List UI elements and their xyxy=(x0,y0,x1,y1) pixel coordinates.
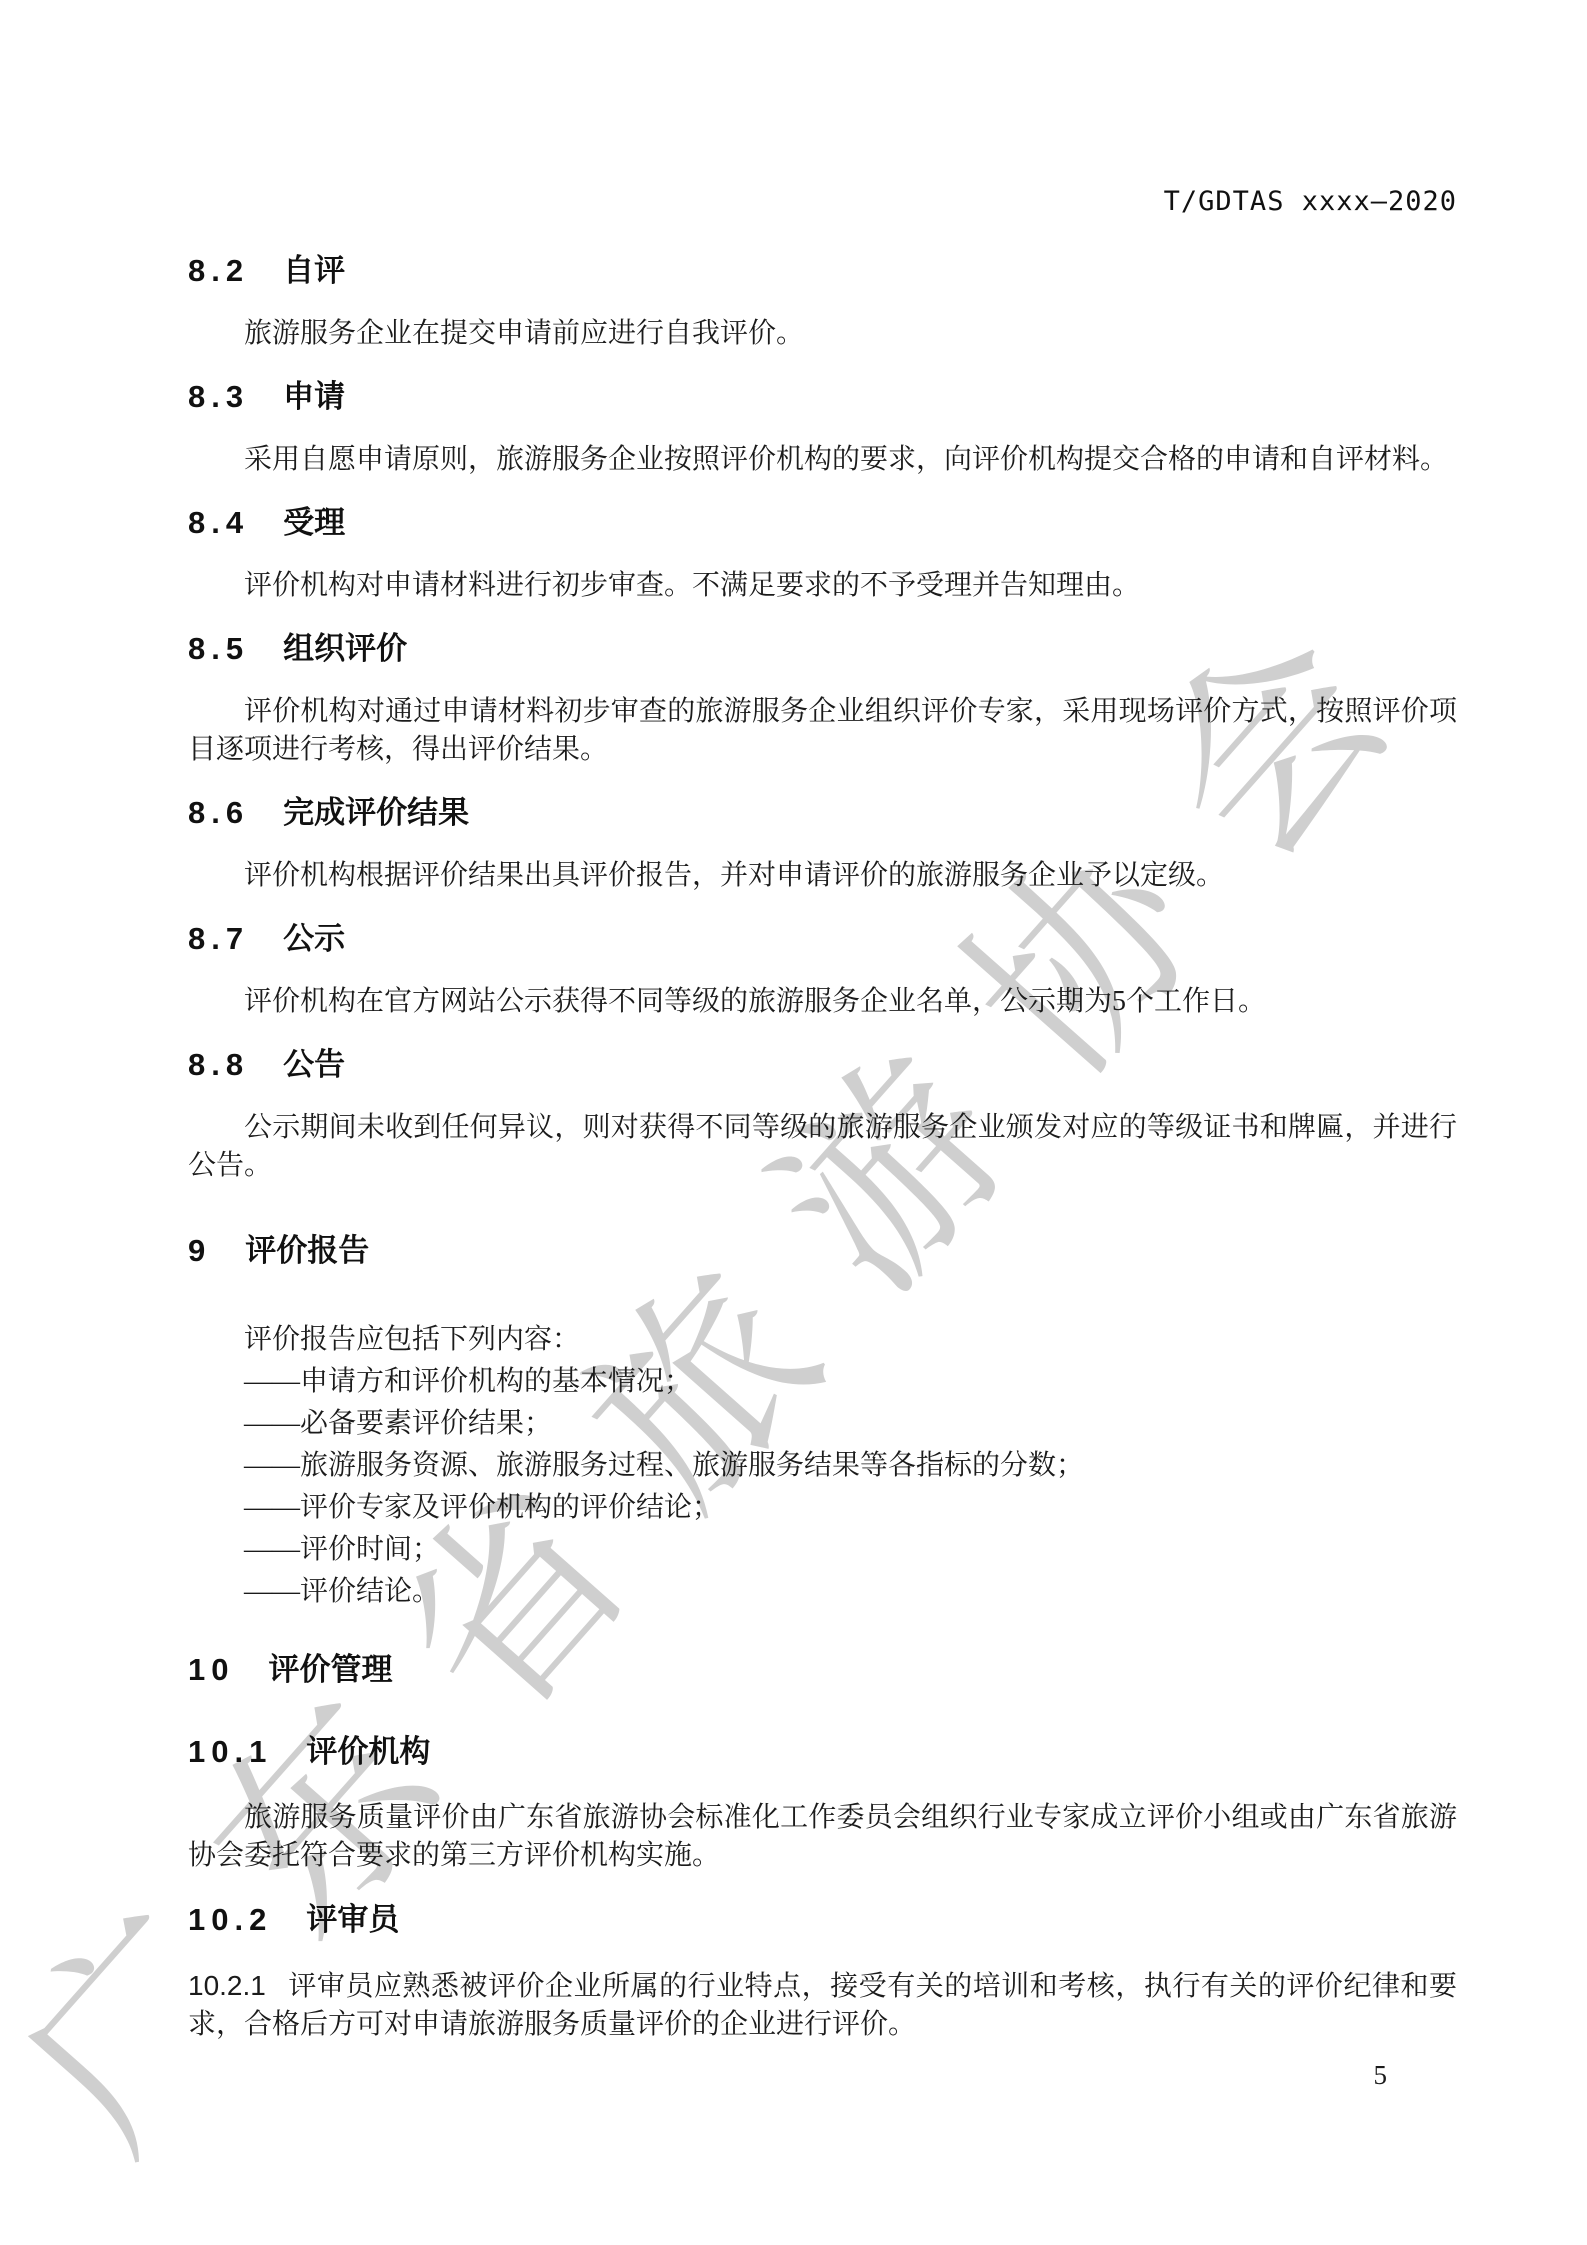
section-title: 组织评价 xyxy=(283,631,407,667)
section-number: 8.7 xyxy=(188,921,249,957)
report-list-item: ——必备要素评价结果； xyxy=(244,1403,1457,1445)
document-code: T/GDTAS xxxx—2020 xyxy=(188,185,1457,219)
section-heading-8-7: 8.7 公示 xyxy=(188,921,1457,957)
report-list-item: ——申请方和评价机构的基本情况； xyxy=(244,1361,1457,1403)
section-number: 8.4 xyxy=(188,505,249,541)
section-heading-8-6: 8.6 完成评价结果 xyxy=(188,795,1457,831)
section-number: 10.1 xyxy=(188,1734,272,1770)
section-title: 公示 xyxy=(283,921,345,957)
section-heading-10-1: 10.1 评价机构 xyxy=(188,1734,1457,1770)
section-heading-8-8: 8.8 公告 xyxy=(188,1047,1457,1083)
section-heading-8-2: 8.2 自评 xyxy=(188,253,1457,289)
page-number: 5 xyxy=(1374,2058,1388,2092)
paragraph-8-5: 评价机构对通过申请材料初步审查的旅游服务企业组织评价专家，采用现场评价方式，按照… xyxy=(188,693,1457,769)
section-heading-8-4: 8.4 受理 xyxy=(188,505,1457,541)
paragraph-8-4: 评价机构对申请材料进行初步审查。不满足要求的不予受理并告知理由。 xyxy=(188,567,1457,605)
report-list-intro: 评价报告应包括下列内容： xyxy=(244,1319,1457,1361)
section-heading-10-2: 10.2 评审员 xyxy=(188,1902,1457,1938)
paragraph-8-6: 评价机构根据评价结果出具评价报告，并对申请评价的旅游服务企业予以定级。 xyxy=(188,857,1457,895)
section-heading-9: 9 评价报告 xyxy=(188,1233,1457,1269)
section-number: 10.2 xyxy=(188,1902,272,1938)
paragraph-8-7: 评价机构在官方网站公示获得不同等级的旅游服务企业名单，公示期为5个工作日。 xyxy=(188,983,1457,1021)
paragraph-8-3: 采用自愿申请原则，旅游服务企业按照评价机构的要求，向评价机构提交合格的申请和自评… xyxy=(188,441,1457,479)
clause-number: 10.2.1 xyxy=(188,1970,266,2001)
clause-text: 评审员应熟悉被评价企业所属的行业特点，接受有关的培训和考核，执行有关的评价纪律和… xyxy=(188,1971,1457,2040)
section-number: 8.5 xyxy=(188,631,249,667)
section-heading-10: 10 评价管理 xyxy=(188,1652,1457,1688)
section-title: 受理 xyxy=(283,505,345,541)
report-list-item: ——评价结论。 xyxy=(244,1571,1457,1613)
page-content: T/GDTAS xxxx—2020 8.2 自评 旅游服务企业在提交申请前应进行… xyxy=(0,0,1587,2044)
document-page: 广东省旅游协会 T/GDTAS xxxx—2020 8.2 自评 旅游服务企业在… xyxy=(0,0,1587,2245)
section-heading-8-5: 8.5 组织评价 xyxy=(188,631,1457,667)
report-list-item: ——评价时间； xyxy=(244,1529,1457,1571)
paragraph-10-2-1: 10.2.1评审员应熟悉被评价企业所属的行业特点，接受有关的培训和考核，执行有关… xyxy=(188,1967,1457,2044)
section-heading-8-3: 8.3 申请 xyxy=(188,379,1457,415)
section-title: 评价机构 xyxy=(306,1734,430,1770)
report-list-item: ——评价专家及评价机构的评价结论； xyxy=(244,1487,1457,1529)
section-number: 8.8 xyxy=(188,1047,249,1083)
section-number: 9 xyxy=(188,1233,211,1269)
section-title: 评审员 xyxy=(306,1902,399,1938)
section-title: 公告 xyxy=(283,1047,345,1083)
section-title: 自评 xyxy=(283,253,345,289)
section-title: 评价管理 xyxy=(268,1652,392,1688)
paragraph-8-2: 旅游服务企业在提交申请前应进行自我评价。 xyxy=(188,315,1457,353)
section-number: 10 xyxy=(188,1652,234,1688)
report-content-list: 评价报告应包括下列内容： ——申请方和评价机构的基本情况； ——必备要素评价结果… xyxy=(188,1319,1457,1613)
section-number: 8.3 xyxy=(188,379,249,415)
section-number: 8.6 xyxy=(188,795,249,831)
paragraph-10-1: 旅游服务质量评价由广东省旅游协会标准化工作委员会组织行业专家成立评价小组或由广东… xyxy=(188,1799,1457,1875)
section-number: 8.2 xyxy=(188,253,249,289)
report-list-item: ——旅游服务资源、旅游服务过程、旅游服务结果等各指标的分数； xyxy=(244,1445,1457,1487)
section-title: 完成评价结果 xyxy=(283,795,469,831)
paragraph-8-8: 公示期间未收到任何异议，则对获得不同等级的旅游服务企业颁发对应的等级证书和牌匾，… xyxy=(188,1109,1457,1185)
section-title: 评价报告 xyxy=(245,1233,369,1269)
section-title: 申请 xyxy=(283,379,345,415)
